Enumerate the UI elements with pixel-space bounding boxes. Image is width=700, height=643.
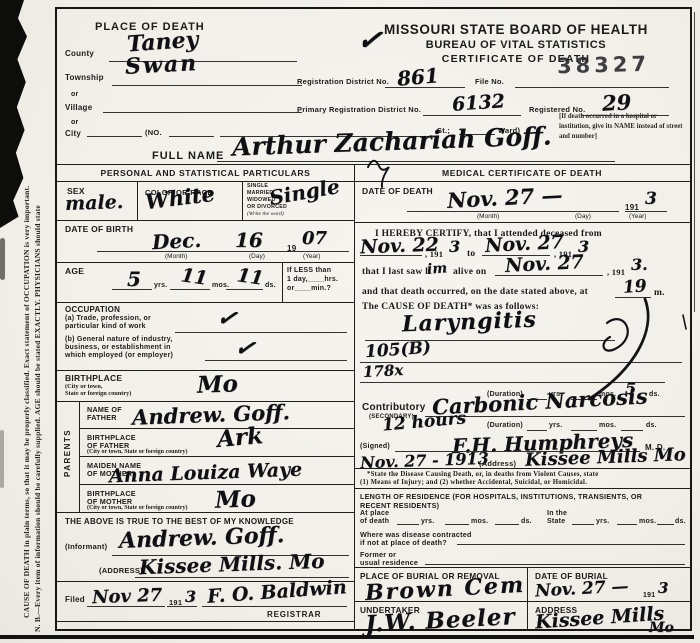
- row-rule: [57, 621, 354, 622]
- filed-label: Filed: [65, 595, 85, 604]
- dod-year-value: 3: [645, 189, 657, 209]
- row-rule: [57, 512, 354, 513]
- occupation-b-line: (b) General nature of industry,: [65, 336, 173, 343]
- ds-label: ds.: [675, 518, 686, 525]
- ds-label: ds.: [646, 422, 657, 429]
- rule-line: [202, 606, 347, 607]
- age-label: AGE: [65, 266, 84, 276]
- masthead-org: MISSOURI STATE BOARD OF HEALTH: [342, 22, 690, 37]
- rule-line: [515, 87, 669, 88]
- year-printed: , 191: [607, 267, 625, 277]
- informant-address-label: (ADDRESS): [99, 566, 143, 575]
- informant-address-value: Kissee Mills. Mo: [139, 549, 325, 579]
- sex-value: male.: [65, 191, 124, 215]
- footnote-line: *State the Disease Causing Death, or, in…: [367, 471, 598, 478]
- occupation-a-check: ✓: [215, 301, 240, 333]
- filed-date-value: Nov 27: [92, 585, 163, 608]
- village-label: Village: [65, 103, 92, 112]
- personal-section-title: PERSONAL AND STATISTICAL PARTICULARS: [57, 168, 354, 178]
- birthplace-label: BIRTHPLACE: [65, 373, 122, 383]
- rule-line: [170, 289, 210, 290]
- rule-line: [625, 211, 667, 212]
- rule-line: [87, 606, 165, 607]
- registrar-label: REGISTRAR: [267, 610, 321, 619]
- at-place-label: At place: [360, 510, 389, 517]
- column-divider: [354, 164, 355, 629]
- in-state-label: State: [547, 518, 565, 525]
- or-label: or: [71, 119, 79, 126]
- residence-title-line: LENGTH OF RESIDENCE (FOR HOSPITALS, INST…: [360, 492, 642, 501]
- rule-line: [385, 87, 465, 88]
- signed-label: (Signed): [360, 443, 390, 450]
- last-saw-him-hw: im: [426, 260, 447, 277]
- ds-label: ds.: [265, 282, 276, 289]
- check-mark: ✓: [355, 22, 384, 59]
- rule-line: [423, 115, 521, 116]
- row-rule: [79, 456, 354, 457]
- rule-line: [205, 360, 347, 361]
- birthplace-sublabel: State or foreign country): [65, 390, 131, 397]
- rule-line: [175, 332, 347, 333]
- file-no-label: File No.: [475, 77, 504, 86]
- primary-district-label: Primary Registration District No.: [297, 105, 421, 114]
- cell-divider: [282, 262, 283, 302]
- masthead-bureau: BUREAU OF VITAL STATISTICS: [342, 39, 690, 51]
- marital-option: SINGLE: [247, 183, 268, 189]
- rule-line: [217, 161, 615, 162]
- year-printed: , 191: [425, 249, 443, 259]
- duration-label: (Duration): [487, 422, 523, 429]
- township-value: Swan: [124, 50, 198, 80]
- margin-note-line: N. B.—Every item of information should b…: [33, 205, 42, 632]
- dob-label: DATE OF BIRTH: [65, 224, 133, 234]
- rule-line: [572, 524, 594, 525]
- cell-divider: [242, 181, 243, 220]
- county-label: County: [65, 49, 94, 58]
- rule-line: [445, 524, 469, 525]
- footnote-line: (1) Means of Injury; and (2) whether Acc…: [360, 479, 587, 486]
- undertaker-address-value-2: Mo: [649, 620, 674, 636]
- row-rule: [354, 488, 690, 489]
- cause-code-1: 105(B): [364, 338, 431, 363]
- if-less-line: 1 day,____hrs.: [287, 276, 338, 283]
- yrs-label: yrs.: [596, 518, 609, 525]
- rule-line: [226, 289, 263, 290]
- date-of-death-value: Nov. 27 —: [446, 182, 563, 213]
- rule-line: [657, 524, 674, 525]
- rule-line: [360, 255, 422, 256]
- rule-line: [103, 112, 302, 113]
- burial-year-printed: 191: [643, 592, 655, 599]
- age-months-value: 11: [180, 264, 209, 289]
- cause-code-2: 178x: [363, 361, 404, 381]
- township-label: Township: [65, 73, 104, 82]
- row-rule: [354, 468, 690, 469]
- rule-line: [617, 524, 637, 525]
- yrs-label: yrs.: [421, 518, 434, 525]
- father-name-label: FATHER: [87, 413, 117, 422]
- cell-divider: [137, 181, 138, 220]
- city-no-label: (NO.: [145, 128, 162, 137]
- rule-line: [495, 275, 603, 276]
- disease-contracted-label: if not at place of death?: [360, 538, 447, 547]
- year-sublabel: (Year): [629, 213, 646, 220]
- rule-line: [495, 524, 519, 525]
- scan-edge-line: [694, 12, 695, 312]
- rule-line: [425, 564, 685, 565]
- date-of-death-label: DATE OF DEATH: [362, 186, 433, 196]
- rule-line: [407, 211, 619, 212]
- hospital-note: [If death occurred in a hospital or inst…: [559, 112, 689, 142]
- dob-year-value: 07: [302, 228, 327, 249]
- full-name-label: FULL NAME: [152, 150, 224, 162]
- rule-line: [167, 606, 197, 607]
- occupation-label: OCCUPATION: [65, 305, 120, 314]
- mos-label: mos.: [212, 282, 229, 289]
- burial-year-value: 3: [658, 579, 668, 597]
- city-label: City: [65, 129, 81, 138]
- dob-day-value: 16: [235, 228, 263, 252]
- burial-date-value: Nov. 27 —: [535, 577, 629, 602]
- month-sublabel: (Month): [477, 213, 499, 220]
- if-less-line: If LESS than: [287, 267, 331, 274]
- edge-smudge: [0, 430, 4, 488]
- alive-on-text: alive on: [453, 267, 486, 277]
- death-time-value: 19: [622, 276, 647, 298]
- occupation-a-line: (a) Trade, profession, or: [65, 315, 151, 322]
- yrs-label: yrs.: [154, 282, 167, 289]
- rule-line: [87, 136, 142, 137]
- yrs-label: yrs.: [549, 422, 562, 429]
- ds-label: ds.: [521, 518, 532, 525]
- row-rule: [79, 484, 354, 485]
- row-rule: [354, 222, 690, 223]
- color-race-value: White: [144, 181, 216, 214]
- former-residence-label: usual residence: [360, 558, 418, 567]
- month-sublabel: (Month): [165, 253, 187, 260]
- medical-section-title: MEDICAL CERTIFICATE OF DEATH: [354, 168, 690, 178]
- to-label: to: [467, 249, 475, 259]
- death-occurred-text: and that death occurred, on the date sta…: [362, 287, 588, 297]
- death-certificate-scan: N. B.—Every item of information should b…: [0, 0, 700, 643]
- row-rule: [354, 601, 690, 602]
- mother-birthplace-sublabel: (City or town, State or foreign country): [87, 505, 188, 511]
- in-state-label: In the: [547, 510, 567, 517]
- registration-district-label: Registration District No.: [297, 77, 389, 86]
- parents-label: PARENTS: [63, 429, 72, 477]
- margin-note-line: CAUSE OF DEATH in plain terms, so that i…: [22, 186, 31, 618]
- primary-district-value: 6132: [451, 90, 505, 116]
- residence-title-line: RECENT RESIDENTS): [360, 501, 439, 510]
- row-rule: [354, 567, 690, 568]
- birthplace-sublabel: (City or town,: [65, 383, 103, 390]
- year-sublabel: (Year): [303, 253, 320, 260]
- father-birthplace-sublabel: (City or town, State or foreign country): [87, 449, 188, 455]
- signed-address-value: Kissee Mills Mo: [525, 444, 686, 471]
- certificate-form: PLACE OF DEATH County Taney Township Swa…: [55, 7, 692, 631]
- or-label: or: [71, 91, 79, 98]
- informant-label: (Informant): [65, 542, 107, 551]
- day-sublabel: (Day): [575, 213, 591, 220]
- marital-value: Single: [267, 174, 341, 210]
- row-rule: [57, 220, 354, 221]
- edge-smudge: [0, 238, 5, 280]
- birthplace-value: Mo: [197, 370, 239, 398]
- occupation-a-line: particular kind of work: [65, 323, 146, 330]
- mos-label: mos.: [639, 518, 656, 525]
- rule-line: [97, 251, 349, 252]
- mos-label: mos.: [471, 518, 488, 525]
- attended-from-year: 3: [449, 237, 460, 256]
- filed-year-value: 3: [185, 587, 196, 606]
- rule-line: [112, 289, 152, 290]
- last-saw-text: that I last saw h: [362, 267, 431, 277]
- rule-line: [397, 524, 419, 525]
- contributory-label: Contributory: [362, 402, 426, 413]
- father-name-value: Andrew. Goff.: [132, 399, 291, 429]
- father-birthplace-value: Ark: [216, 422, 264, 453]
- last-saw-year: 3.: [631, 255, 648, 274]
- scan-bottom-line: [0, 635, 694, 639]
- rule-line: [112, 85, 302, 86]
- row-rule: [57, 262, 354, 263]
- if-less-line: or____min.?: [287, 285, 331, 292]
- age-days-value: 11: [236, 264, 265, 289]
- occupation-b-line: business, or establishment in: [65, 344, 171, 351]
- rule-line: [169, 136, 214, 137]
- age-years-value: 5: [127, 267, 141, 291]
- cause-of-death-value: Laryngitis: [402, 307, 538, 338]
- occupation-b-line: which employed (or employer): [65, 352, 173, 359]
- informant-value: Andrew. Goff.: [119, 522, 285, 554]
- marital-hint: (Write the word): [247, 211, 284, 217]
- file-number-stamp: 38327: [557, 52, 651, 78]
- stray-pen-mark: [362, 155, 398, 189]
- row-rule: [57, 302, 354, 303]
- cell-divider: [527, 567, 528, 629]
- day-sublabel: (Day): [249, 253, 265, 260]
- signed-address-label: (Address): [479, 459, 516, 468]
- rule-line: [457, 544, 685, 545]
- occupation-b-check: ✓: [233, 331, 258, 363]
- mother-birthplace-value: Mo: [215, 485, 257, 513]
- last-saw-date-value: Nov. 27: [504, 251, 584, 277]
- at-place-label: of death: [360, 518, 389, 525]
